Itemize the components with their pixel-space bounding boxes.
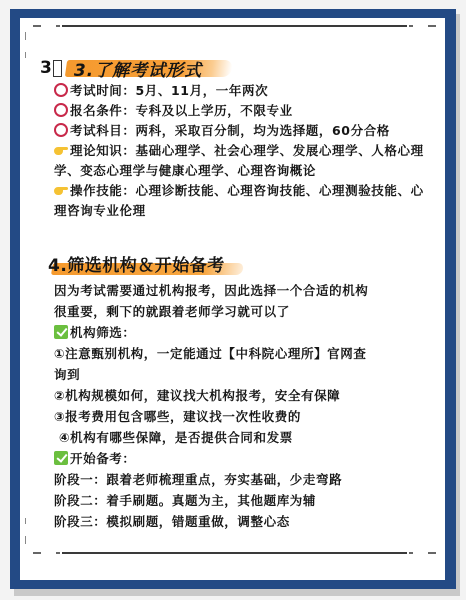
stage-text: 阶段一：跟着老师梳理重点，夯实基础，少走弯路	[54, 470, 342, 488]
document-content: 3 3.了解考试形式 考试时间：5月、11月，一年两次 报名条件：专科及以上学历…	[20, 18, 445, 580]
stage-text: 阶段三：模拟刷题，错题重做，调整心态	[54, 512, 290, 530]
intro-text: 很重要，剩下的就跟着老师学习就可以了	[54, 302, 290, 320]
section3-item-skills-continued: 理咨询专业伦理	[54, 200, 146, 219]
item-text-continuation: 理咨询专业伦理	[54, 201, 146, 219]
screening-item-2: ②机构规模如何，建议找大机构报考，安全有保障	[54, 385, 340, 404]
section3-item-theory: 理论知识：基础心理学、社会心理学、发展心理学、人格心理	[54, 140, 424, 159]
section3-item-exam-time: 考试时间：5月、11月，一年两次	[54, 80, 268, 99]
section3-item-skills: 操作技能：心理诊断技能、心理咨询技能、心理测验技能、心	[54, 180, 424, 199]
screening-item-text: ④机构有哪些保障，是否提供合同和发票	[54, 428, 293, 446]
prep-stage-1: 阶段一：跟着老师梳理重点，夯实基础，少走弯路	[54, 469, 342, 488]
screening-item-text: ③报考费用包含哪些，建议找一次性收费的	[54, 407, 301, 425]
section4-heading-row: 4.筛选机构＆开始备考	[48, 250, 243, 276]
item-text: 报名条件：专科及以上学历，不限专业	[70, 101, 293, 119]
section3-heading-highlight: 3.了解考试形式	[66, 57, 232, 79]
item-text: 操作技能：心理诊断技能、心理咨询技能、心理测验技能、心	[70, 181, 424, 199]
section3-prefix: 3	[40, 58, 62, 78]
item-text-continuation: 学、变态心理学与健康心理学、心理咨询概论	[54, 161, 316, 179]
section3-prefix-number: 3	[40, 58, 52, 78]
section4-heading-highlight: 4.筛选机构＆开始备考	[48, 250, 243, 276]
screening-item-1: ①注意甄别机构，一定能通过【中科院心理所】官网查	[54, 343, 366, 362]
screening-item-text: ②机构规模如何，建议找大机构报考，安全有保障	[54, 386, 340, 404]
screening-label-row: 机构筛选：	[54, 322, 136, 341]
ring-icon	[54, 103, 68, 117]
ring-icon	[54, 83, 68, 97]
pointing-hand-icon	[54, 145, 68, 155]
screening-item-4: ④机构有哪些保障，是否提供合同和发票	[54, 427, 293, 446]
prep-stage-3: 阶段三：模拟刷题，错题重做，调整心态	[54, 511, 290, 530]
item-text: 考试时间：5月、11月，一年两次	[70, 81, 268, 99]
section3-item-eligibility: 报名条件：专科及以上学历，不限专业	[54, 100, 293, 119]
section3-heading: 3.了解考试形式	[74, 56, 202, 81]
pointing-hand-icon	[54, 185, 68, 195]
check-icon	[54, 325, 68, 339]
prep-stage-2: 阶段二：着手刷题。真题为主，其他题库为辅	[54, 490, 316, 509]
screening-item-text: ①注意甄别机构，一定能通过【中科院心理所】官网查	[54, 344, 366, 362]
stage-text: 阶段二：着手刷题。真题为主，其他题库为辅	[54, 491, 316, 509]
section4-intro-line-2: 很重要，剩下的就跟着老师学习就可以了	[54, 301, 290, 320]
prep-label: 开始备考：	[70, 449, 136, 467]
section3-heading-row: 3 3.了解考试形式	[40, 56, 232, 80]
missing-glyph-box-icon	[53, 60, 62, 77]
check-icon	[54, 451, 68, 465]
screening-label: 机构筛选：	[70, 323, 136, 341]
item-text: 理论知识：基础心理学、社会心理学、发展心理学、人格心理	[70, 141, 424, 159]
intro-text: 因为考试需要通过机构报考，因此选择一个合适的机构	[54, 281, 368, 299]
document-panel: 3 3.了解考试形式 考试时间：5月、11月，一年两次 报名条件：专科及以上学历…	[20, 18, 445, 580]
item-text: 考试科目：两科，采取百分制，均为选择题，60分合格	[70, 121, 390, 139]
screening-item-3: ③报考费用包含哪些，建议找一次性收费的	[54, 406, 301, 425]
screening-item-1-continued: 询到	[54, 364, 80, 383]
screening-item-continuation: 询到	[54, 365, 80, 383]
ring-icon	[54, 123, 68, 137]
prep-label-row: 开始备考：	[54, 448, 136, 467]
section3-item-theory-continued: 学、变态心理学与健康心理学、心理咨询概论	[54, 160, 316, 179]
section4-intro-line-1: 因为考试需要通过机构报考，因此选择一个合适的机构	[54, 280, 368, 299]
section3-item-subjects: 考试科目：两科，采取百分制，均为选择题，60分合格	[54, 120, 390, 139]
section4-heading: 4.筛选机构＆开始备考	[48, 251, 225, 276]
